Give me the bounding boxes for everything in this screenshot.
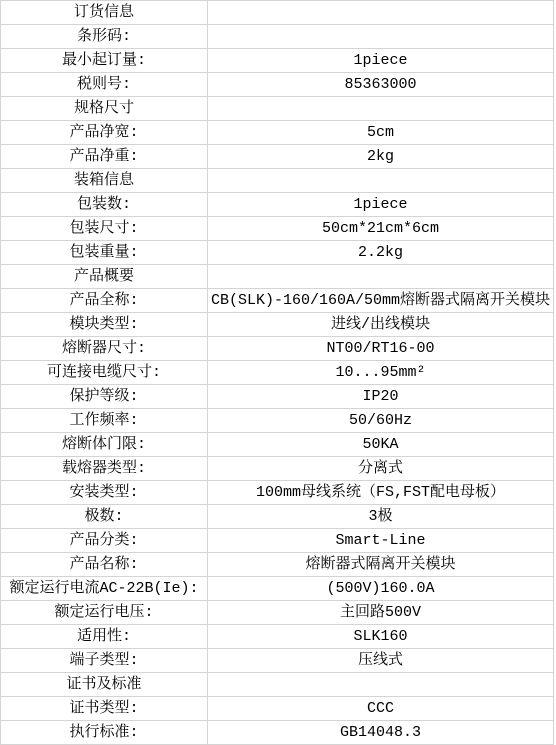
table-row: 产品名称: 熔断器式隔离开关模块 <box>1 553 554 577</box>
spec-label: 保护等级: <box>1 385 208 409</box>
table-row: 执行标准: GB14048.3 <box>1 721 554 745</box>
spec-label: 熔断体门限: <box>1 433 208 457</box>
table-row: 可连接电缆尺寸: 10...95mm² <box>1 361 554 385</box>
spec-value: CCC <box>208 697 554 721</box>
spec-label: 产品全称: <box>1 289 208 313</box>
spec-value: 1piece <box>208 193 554 217</box>
spec-label: 适用性: <box>1 625 208 649</box>
spec-value: 50KA <box>208 433 554 457</box>
spec-label: 证书类型: <box>1 697 208 721</box>
spec-label: 载熔器类型: <box>1 457 208 481</box>
spec-value <box>208 25 554 49</box>
spec-label: 产品名称: <box>1 553 208 577</box>
spec-value: 5cm <box>208 121 554 145</box>
spec-label: 规格尺寸 <box>1 97 208 121</box>
product-spec-table: 订货信息 条形码: 最小起订量: 1piece 税则号: 85363000 规格… <box>0 0 554 745</box>
spec-label: 产品净重: <box>1 145 208 169</box>
table-row: 产品分类: Smart-Line <box>1 529 554 553</box>
table-row: 额定运行电流AC-22B(Ie): (500V)160.0A <box>1 577 554 601</box>
spec-value <box>208 265 554 289</box>
spec-value: 50/60Hz <box>208 409 554 433</box>
table-row: 额定运行电压: 主回路500V <box>1 601 554 625</box>
spec-label: 极数: <box>1 505 208 529</box>
spec-value <box>208 97 554 121</box>
spec-label: 包装数: <box>1 193 208 217</box>
spec-value: 50cm*21cm*6cm <box>208 217 554 241</box>
table-row: 产品净重: 2kg <box>1 145 554 169</box>
spec-value: GB14048.3 <box>208 721 554 745</box>
spec-value: 压线式 <box>208 649 554 673</box>
spec-label: 装箱信息 <box>1 169 208 193</box>
spec-label: 条形码: <box>1 25 208 49</box>
table-row-section: 订货信息 <box>1 1 554 25</box>
spec-label: 执行标准: <box>1 721 208 745</box>
spec-label: 额定运行电流AC-22B(Ie): <box>1 577 208 601</box>
spec-label: 最小起订量: <box>1 49 208 73</box>
table-row: 产品全称: CB(SLK)-160/160A/50mm熔断器式隔离开关模块 <box>1 289 554 313</box>
table-row: 适用性: SLK160 <box>1 625 554 649</box>
table-row: 安装类型: 100mm母线系统（FS,FST配电母板） <box>1 481 554 505</box>
spec-label: 包装重量: <box>1 241 208 265</box>
table-row: 载熔器类型: 分离式 <box>1 457 554 481</box>
spec-label: 产品净宽: <box>1 121 208 145</box>
table-row-section: 装箱信息 <box>1 169 554 193</box>
table-row: 工作频率: 50/60Hz <box>1 409 554 433</box>
table-row: 最小起订量: 1piece <box>1 49 554 73</box>
spec-value: 85363000 <box>208 73 554 97</box>
table-row-section: 产品概要 <box>1 265 554 289</box>
spec-value: NT00/RT16-00 <box>208 337 554 361</box>
spec-value: 10...95mm² <box>208 361 554 385</box>
spec-value: 2kg <box>208 145 554 169</box>
table-row: 熔断器尺寸: NT00/RT16-00 <box>1 337 554 361</box>
spec-value: 3极 <box>208 505 554 529</box>
spec-label: 可连接电缆尺寸: <box>1 361 208 385</box>
spec-label: 包装尺寸: <box>1 217 208 241</box>
table-row: 包装尺寸: 50cm*21cm*6cm <box>1 217 554 241</box>
spec-value: 进线/出线模块 <box>208 313 554 337</box>
spec-value <box>208 673 554 697</box>
spec-label: 订货信息 <box>1 1 208 25</box>
table-row-section: 规格尺寸 <box>1 97 554 121</box>
table-row: 熔断体门限: 50KA <box>1 433 554 457</box>
spec-label: 安装类型: <box>1 481 208 505</box>
spec-label: 模块类型: <box>1 313 208 337</box>
spec-label: 产品分类: <box>1 529 208 553</box>
table-row: 模块类型: 进线/出线模块 <box>1 313 554 337</box>
spec-label: 产品概要 <box>1 265 208 289</box>
spec-value: (500V)160.0A <box>208 577 554 601</box>
spec-value: 主回路500V <box>208 601 554 625</box>
spec-value: CB(SLK)-160/160A/50mm熔断器式隔离开关模块 <box>208 289 554 313</box>
spec-value: 100mm母线系统（FS,FST配电母板） <box>208 481 554 505</box>
table-row: 保护等级: IP20 <box>1 385 554 409</box>
spec-label: 额定运行电压: <box>1 601 208 625</box>
table-row: 税则号: 85363000 <box>1 73 554 97</box>
spec-value <box>208 1 554 25</box>
spec-value: SLK160 <box>208 625 554 649</box>
table-row: 产品净宽: 5cm <box>1 121 554 145</box>
table-row: 极数: 3极 <box>1 505 554 529</box>
table-row-section: 证书及标准 <box>1 673 554 697</box>
spec-value: 1piece <box>208 49 554 73</box>
spec-value: IP20 <box>208 385 554 409</box>
spec-label: 证书及标准 <box>1 673 208 697</box>
spec-value: 熔断器式隔离开关模块 <box>208 553 554 577</box>
table-row: 端子类型: 压线式 <box>1 649 554 673</box>
table-row: 包装数: 1piece <box>1 193 554 217</box>
table-row: 证书类型: CCC <box>1 697 554 721</box>
spec-value: Smart-Line <box>208 529 554 553</box>
spec-label: 税则号: <box>1 73 208 97</box>
spec-value: 分离式 <box>208 457 554 481</box>
spec-value <box>208 169 554 193</box>
spec-label: 端子类型: <box>1 649 208 673</box>
table-row: 包装重量: 2.2kg <box>1 241 554 265</box>
spec-value: 2.2kg <box>208 241 554 265</box>
spec-label: 工作频率: <box>1 409 208 433</box>
table-row: 条形码: <box>1 25 554 49</box>
spec-label: 熔断器尺寸: <box>1 337 208 361</box>
